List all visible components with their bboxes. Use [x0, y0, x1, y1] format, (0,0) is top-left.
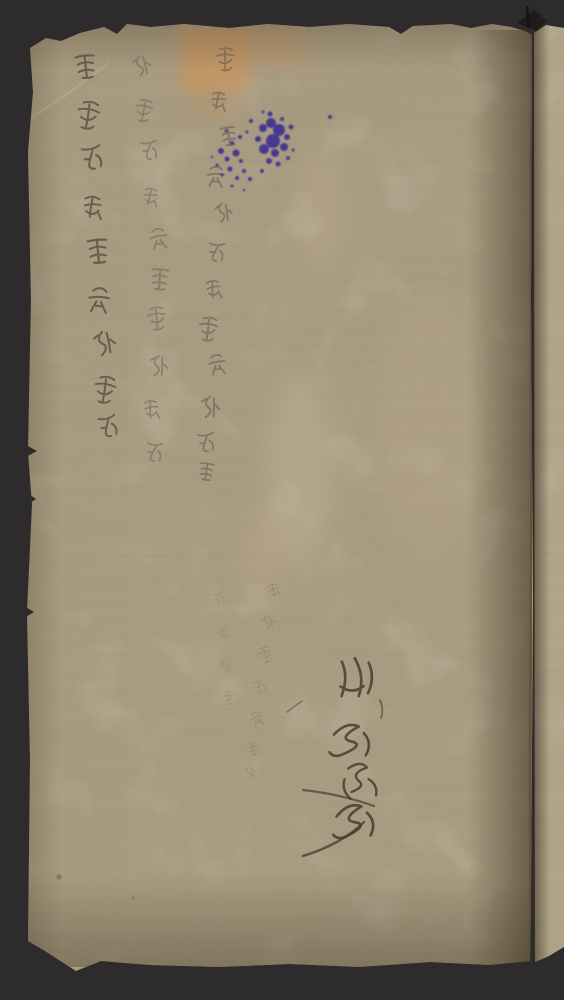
ink-blotch-dot: [225, 157, 230, 162]
ink-blotch-dot: [280, 143, 288, 151]
ink-blotch-dot: [231, 185, 234, 188]
ink-blotch-dot: [262, 111, 265, 114]
ink-blotch-dot: [259, 124, 267, 132]
ink-blotch-dot: [273, 124, 285, 136]
ink-blotch-dot: [286, 156, 290, 160]
ink-blotch-dot: [218, 148, 224, 154]
manuscript-photo: [0, 0, 564, 1000]
ink-blotch-dot: [280, 117, 284, 121]
ink-blotch-dot: [328, 115, 332, 119]
ink-blotch-dot: [230, 141, 234, 145]
ink-blotch-dot: [233, 150, 240, 157]
ink-blotch-dot: [248, 177, 252, 181]
ink-blotch-dot: [216, 164, 219, 167]
ink-blotch-dot: [259, 144, 269, 154]
ink-blotch-dot: [255, 136, 261, 142]
ink-blotch-dot: [235, 176, 239, 180]
ink-blotch-dot: [266, 158, 272, 164]
ink-blotch-dot: [268, 112, 273, 117]
ink-blotch-dot: [260, 169, 264, 173]
ink-blotch-dot: [249, 119, 253, 123]
ink-blotch-dot: [276, 162, 281, 167]
photo-stage: [0, 0, 564, 1000]
ink-blotch-dot: [271, 149, 279, 157]
ink-blotch-dot: [221, 174, 224, 177]
ink-blotch-dot: [246, 131, 249, 134]
ink-blotch-dot: [238, 135, 242, 139]
ink-blotch-dot: [242, 169, 246, 173]
ink-blotch-dot: [228, 167, 233, 172]
ink-blotch-dot: [292, 149, 295, 152]
ink-blotch-dot: [225, 130, 228, 133]
ink-blotch-dot: [211, 156, 213, 158]
ink-blotch-dot: [239, 159, 243, 163]
ink-blotch-dot: [289, 125, 294, 130]
ink-blotch-dot: [284, 134, 290, 140]
ink-blotch-dot: [243, 189, 245, 191]
ink-blotch-dot: [266, 134, 280, 148]
